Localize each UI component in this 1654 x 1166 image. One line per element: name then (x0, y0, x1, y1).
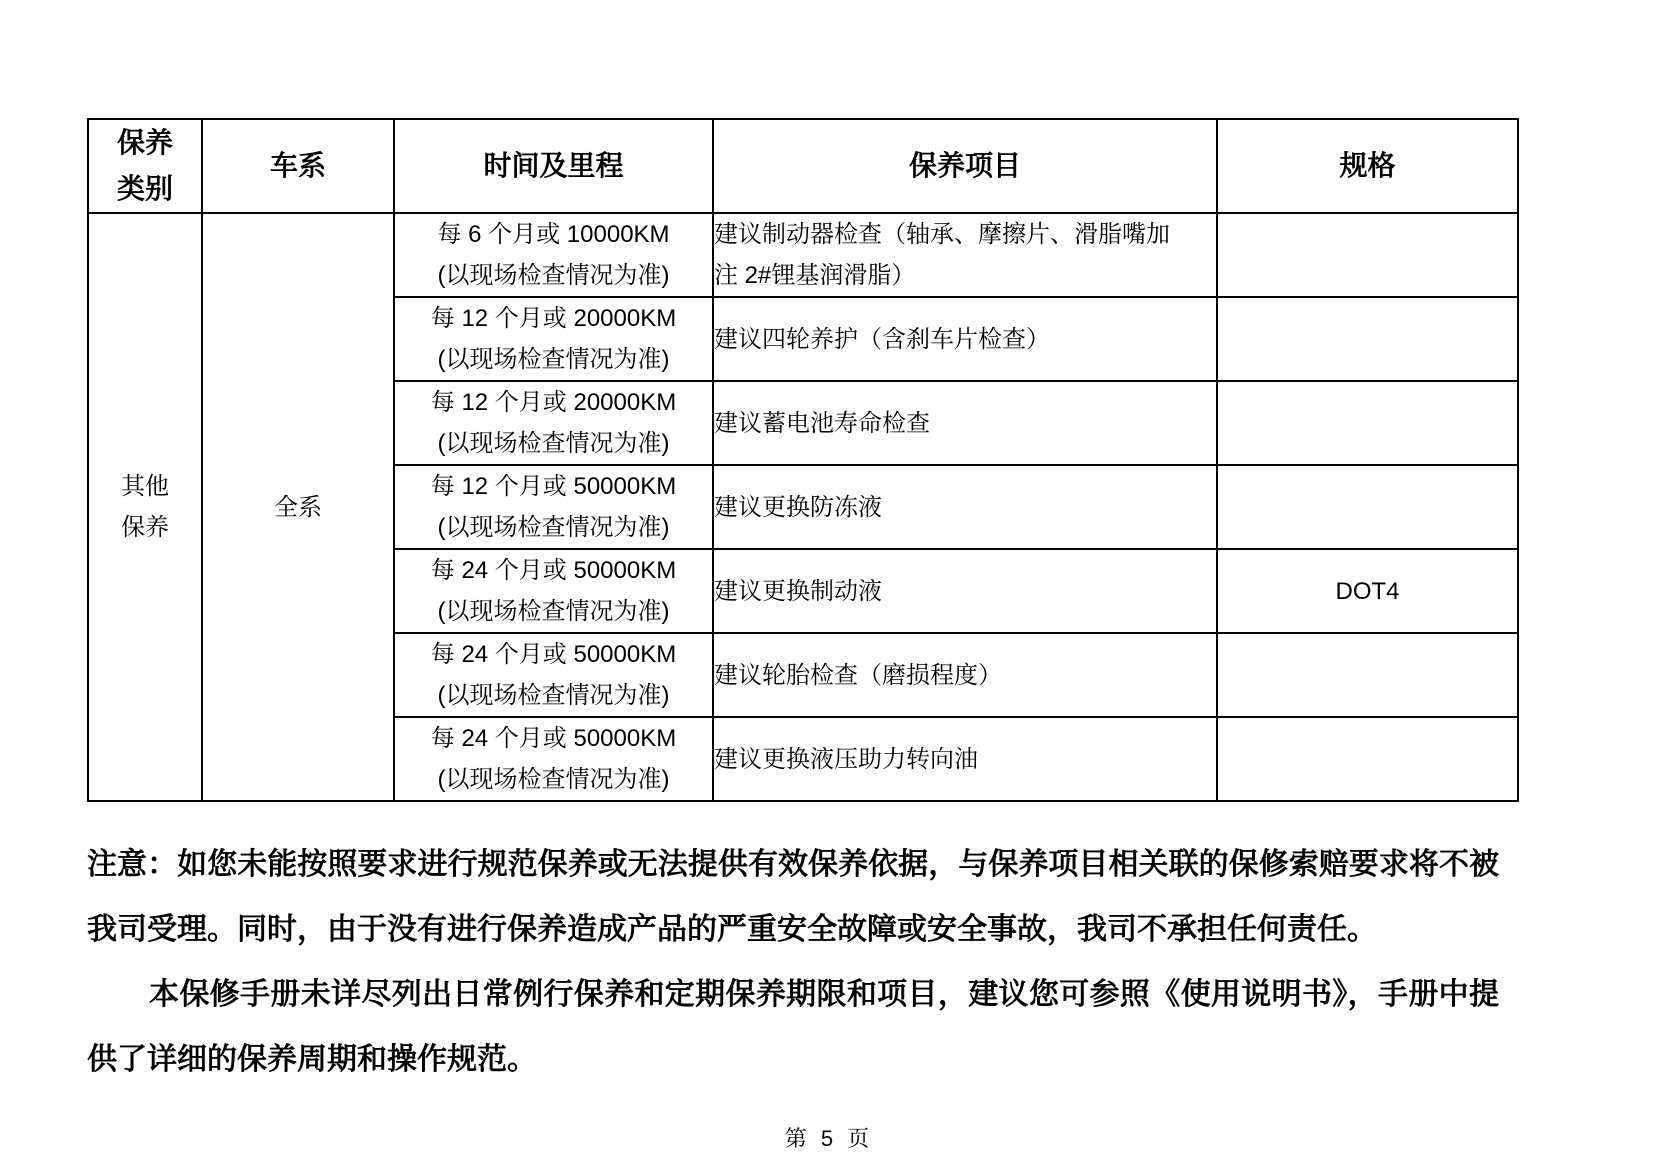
note-reference: 本保修手册未详尽列出日常例行保养和定期保养期限和项目，建议您可参照《使用说明书》… (87, 962, 1499, 1092)
header-item: 保养项目 (713, 119, 1217, 213)
item-cell: 建议更换制动液 (713, 549, 1217, 633)
header-series: 车系 (202, 119, 394, 213)
series-cell: 全系 (202, 213, 394, 801)
table-row: 其他 保养 全系 每 6 个月或 10000KM (以现场检查情况为准) 建议制… (88, 213, 1518, 297)
time-cell: 每 12 个月或 20000KM (以现场检查情况为准) (394, 381, 713, 465)
spec-cell (1217, 381, 1518, 465)
header-time: 时间及里程 (394, 119, 713, 213)
spec-cell (1217, 717, 1518, 801)
item-cell: 建议更换液压助力转向油 (713, 717, 1217, 801)
spec-cell: DOT4 (1217, 549, 1518, 633)
item-cell: 建议轮胎检查（磨损程度） (713, 633, 1217, 717)
item-cell: 建议制动器检查（轴承、摩擦片、滑脂嘴加 注 2#锂基润滑脂） (713, 213, 1217, 297)
spec-cell (1217, 213, 1518, 297)
maintenance-table: 保养 类别 车系 时间及里程 保养项目 规格 其他 保养 全系 每 6 个月或 … (87, 118, 1519, 802)
category-cell: 其他 保养 (88, 213, 202, 801)
table-header-row: 保养 类别 车系 时间及里程 保养项目 规格 (88, 119, 1518, 213)
time-cell: 每 24 个月或 50000KM (以现场检查情况为准) (394, 633, 713, 717)
item-cell: 建议更换防冻液 (713, 465, 1217, 549)
spec-cell (1217, 297, 1518, 381)
page-number: 第 5 页 (0, 1122, 1654, 1153)
time-cell: 每 12 个月或 50000KM (以现场检查情况为准) (394, 465, 713, 549)
item-cell: 建议四轮养护（含刹车片检查） (713, 297, 1217, 381)
time-cell: 每 12 个月或 20000KM (以现场检查情况为准) (394, 297, 713, 381)
time-cell: 每 6 个月或 10000KM (以现场检查情况为准) (394, 213, 713, 297)
item-cell: 建议蓄电池寿命检查 (713, 381, 1217, 465)
time-cell: 每 24 个月或 50000KM (以现场检查情况为准) (394, 549, 713, 633)
header-category: 保养 类别 (88, 119, 202, 213)
spec-cell (1217, 465, 1518, 549)
document-page: 保养 类别 车系 时间及里程 保养项目 规格 其他 保养 全系 每 6 个月或 … (0, 0, 1654, 1166)
header-spec: 规格 (1217, 119, 1518, 213)
note-warning: 注意：如您未能按照要求进行规范保养或无法提供有效保养依据，与保养项目相关联的保修… (87, 832, 1499, 962)
notes-section: 注意：如您未能按照要求进行规范保养或无法提供有效保养依据，与保养项目相关联的保修… (87, 832, 1499, 1092)
time-cell: 每 24 个月或 50000KM (以现场检查情况为准) (394, 717, 713, 801)
spec-cell (1217, 633, 1518, 717)
